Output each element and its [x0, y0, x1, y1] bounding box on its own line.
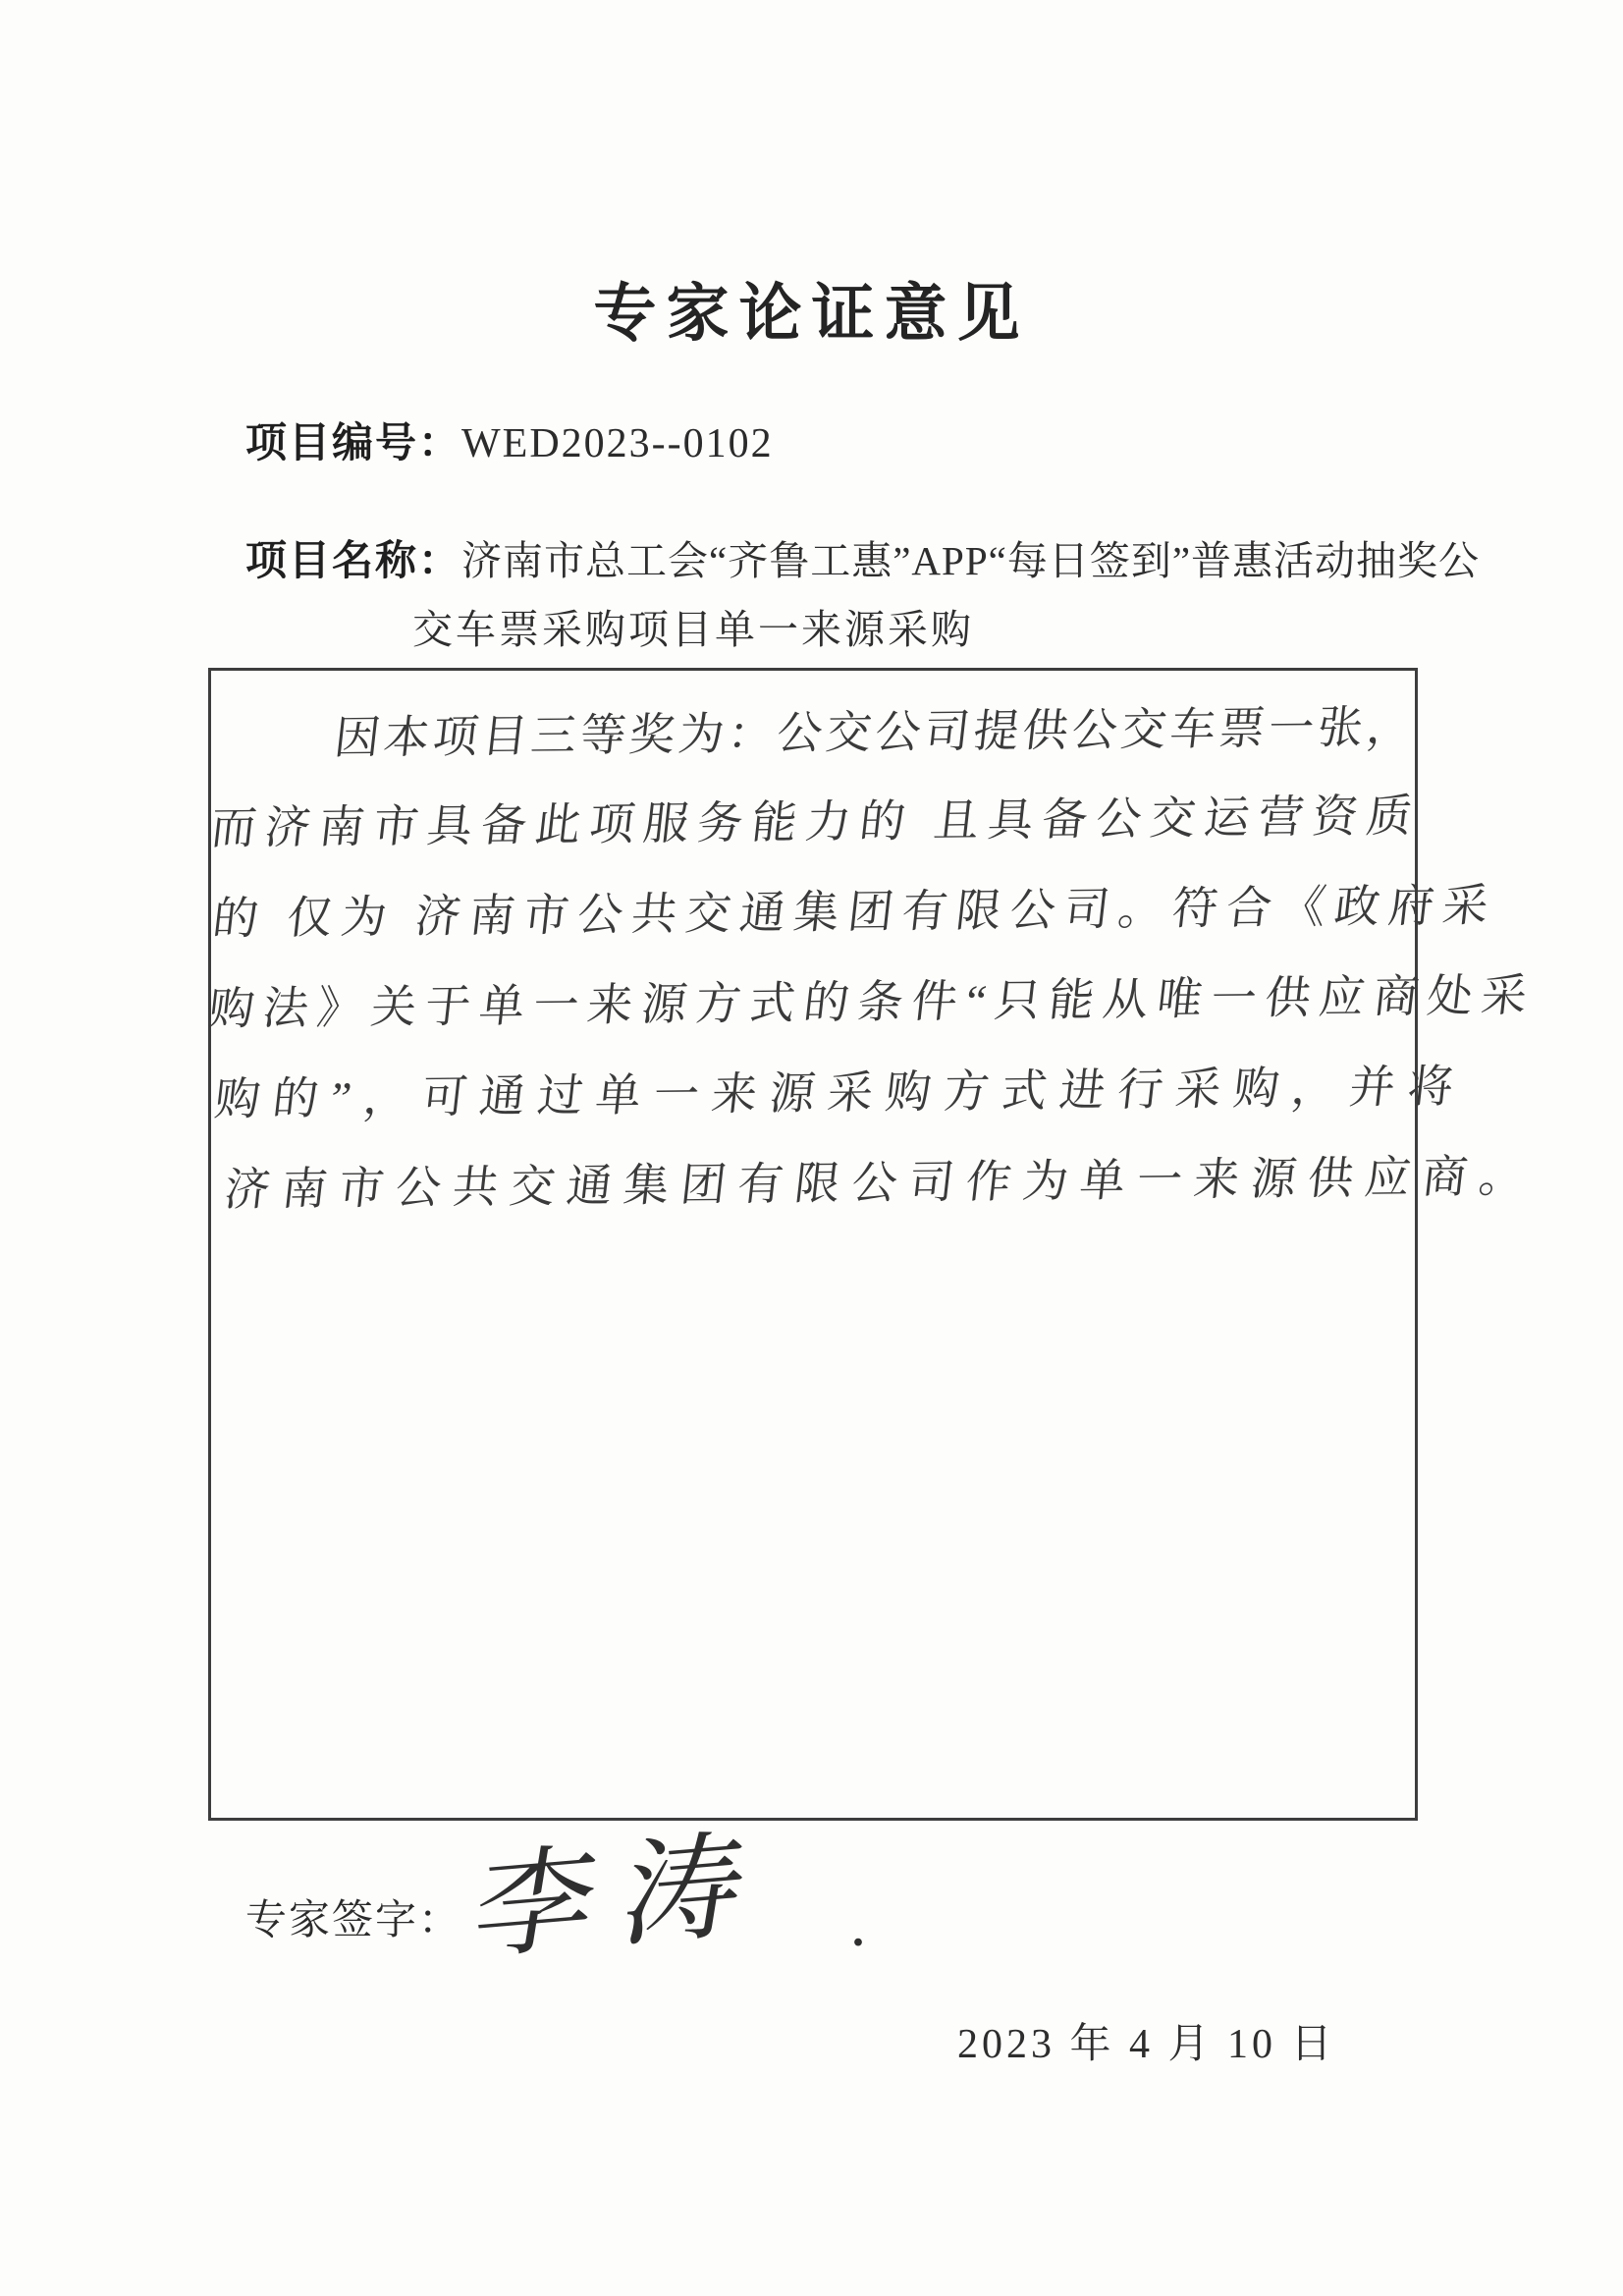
project-number-row: 项目编号：WED2023--0102: [245, 410, 774, 469]
handwritten-line-3: 的 仅为 济南市公共交通集团有限公司。符合《政府采: [210, 869, 1501, 948]
signature-trailing-dot: .: [852, 1903, 864, 1957]
project-number-label: 项目编号：: [245, 421, 461, 466]
signature-label: 专家签字：: [245, 1898, 461, 1943]
handwritten-line-6: 济南市公共交通集团有限公司作为单一来源供应商。: [222, 1140, 1541, 1219]
project-name-row: 项目名称：济南市总工会“齐鲁工惠”APP“每日签到”普惠活动抽奖公: [245, 528, 1480, 587]
handwritten-line-2: 而济南市具备此项服务能力的 且具备公交运营资质: [208, 780, 1425, 857]
expert-signature-handwriting: 李涛: [463, 1789, 786, 1983]
handwritten-line-5: 购的”，可通过单一来源采购方式进行采购，并将: [212, 1051, 1470, 1128]
project-name-line1: 济南市总工会“齐鲁工惠”APP“每日签到”普惠活动抽奖公: [461, 538, 1480, 583]
scanned-document-page: 专家论证意见 项目编号：WED2023--0102 项目名称：济南市总工会“齐鲁…: [0, 0, 1623, 2296]
project-number-value: WED2023--0102: [461, 421, 774, 466]
handwritten-line-4: 购法》关于单一来源方式的条件“只能从唯一供应商处采: [206, 959, 1540, 1038]
project-name-label: 项目名称：: [245, 539, 461, 584]
document-date: 2023 年 4 月 10 日: [957, 2011, 1336, 2070]
expert-opinion-box: 因本项目三等奖为：公交公司提供公交车票一张， 而济南市具备此项服务能力的 且具备…: [208, 668, 1418, 1821]
document-title: 专家论证意见: [0, 263, 1623, 354]
project-name-line2: 交车票采购项目单一来源采购: [412, 597, 974, 655]
signature-row: 专家签字：: [245, 1887, 461, 1946]
handwritten-line-1: 因本项目三等奖为：公交公司提供公交车票一张，: [332, 690, 1421, 767]
